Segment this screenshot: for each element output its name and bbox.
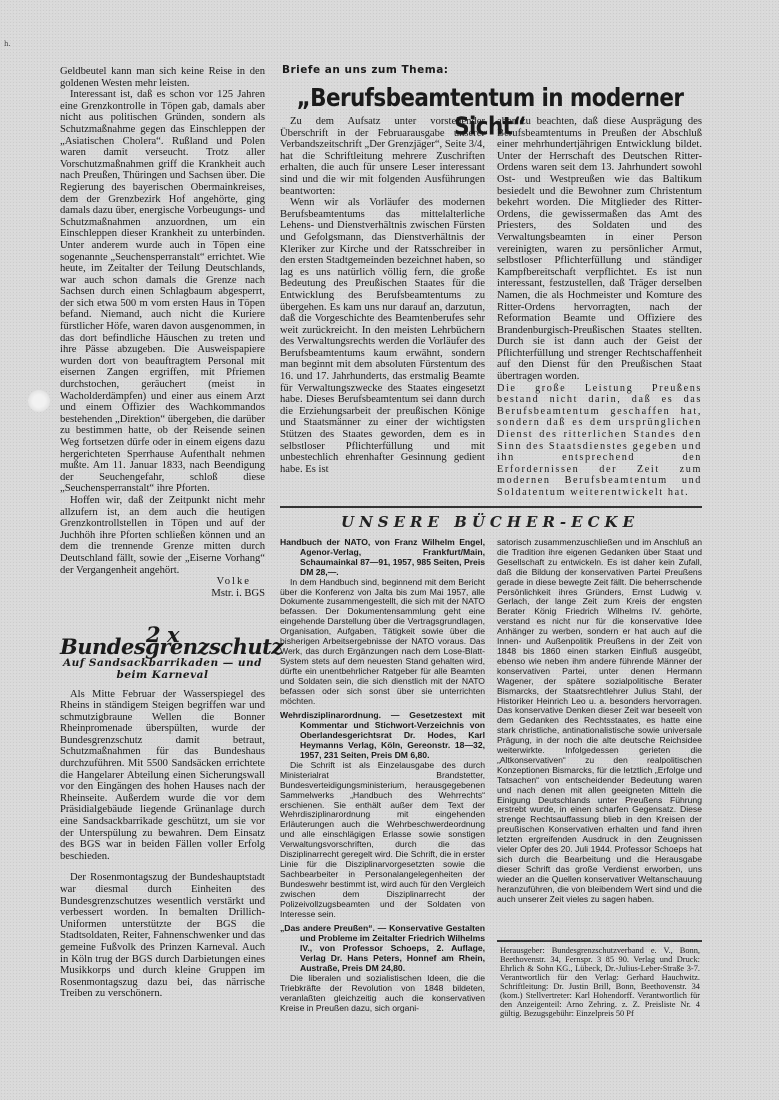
- author-name: Volke: [60, 576, 251, 588]
- author-rank: Mstr. i. BGS: [60, 588, 265, 600]
- newspaper-page: h. Geldbeutel kann man sich keine Reise …: [0, 0, 779, 1100]
- bgs-article-subtitle: Auf Sandsackbarrikaden — und beim Karnev…: [60, 657, 265, 681]
- book-title: Wehrdisziplinarordnung. — Gesetzestext m…: [280, 711, 485, 761]
- book-review-continuation: satorisch zusammenzuschließen und im Ans…: [497, 538, 702, 905]
- paragraph: Hoffen wir, daß der Zeitpunkt nicht mehr…: [60, 495, 265, 576]
- paragraph: Als Mitte Februar der Wasserspiegel des …: [60, 689, 265, 863]
- paragraph: Zu dem Aufsatz unter vorstehender Übersc…: [280, 116, 485, 197]
- author-signature: Volke Mstr. i. BGS: [60, 576, 265, 599]
- imprint-text: Herausgeber: Bundesgrenzschutzverband e.…: [500, 946, 700, 1018]
- book-review: Die Schrift ist als Einzelausgabe des du…: [280, 761, 485, 920]
- left-column: Geldbeutel kann man sich keine Reise in …: [60, 66, 265, 1000]
- punch-hole: [28, 390, 50, 412]
- bgs-article-title: 2 x Bundesgrenzschutz: [60, 629, 265, 652]
- paragraph: Geldbeutel kann man sich keine Reise in …: [60, 66, 265, 89]
- imprint: Herausgeber: Bundesgrenzschutzverband e.…: [500, 946, 700, 1018]
- section-divider: [280, 506, 702, 508]
- books-column-2: satorisch zusammenzuschließen und im Ans…: [497, 538, 702, 905]
- book-review: Die liberalen und sozialistischen Ideen,…: [280, 974, 485, 1014]
- books-column-1: Handbuch der NATO, von Franz Wilhelm Eng…: [280, 538, 485, 1014]
- book-title: „Das andere Preußen“. — Konservative Ges…: [280, 924, 485, 974]
- margin-mark: h.: [4, 40, 11, 48]
- letters-column-1: Zu dem Aufsatz unter vorstehender Übersc…: [280, 116, 485, 475]
- paragraph: Der Rosenmontagszug der Bundeshauptstadt…: [60, 872, 265, 1000]
- book-review: In dem Handbuch sind, beginnend mit dem …: [280, 578, 485, 707]
- emphasis-paragraph: Die große Leistung Preußens bestand nich…: [497, 383, 702, 499]
- paragraph: aber zu beachten, daß diese Ausprägung d…: [497, 116, 702, 383]
- section-kicker: Briefe an uns zum Thema:: [282, 64, 449, 76]
- books-section-header: UNSERE BÜCHER-ECKE: [280, 513, 700, 531]
- book-title: Handbuch der NATO, von Franz Wilhelm Eng…: [280, 538, 485, 578]
- paragraph: Wenn wir als Vorläufer des modernen Beru…: [280, 197, 485, 475]
- paragraph: Interessant ist, daß es schon vor 125 Ja…: [60, 89, 265, 495]
- imprint-divider: [497, 940, 702, 942]
- letters-column-2: aber zu beachten, daß diese Ausprägung d…: [497, 116, 702, 499]
